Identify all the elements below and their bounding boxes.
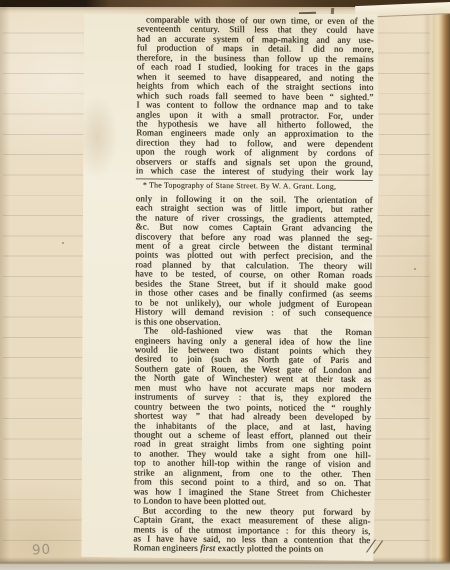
page-bottom-edge bbox=[0, 557, 450, 570]
page-right-edge bbox=[423, 0, 450, 570]
clipping-text-column: comparable with those of our own time, o… bbox=[133, 15, 374, 555]
footnote: * The Topography of Stane Street. By W. … bbox=[136, 178, 373, 192]
scrapbook-page: comparable with those of our own time, o… bbox=[0, 0, 450, 570]
cut-text-remnant bbox=[299, 12, 316, 15]
foxing-speck bbox=[62, 242, 64, 244]
page-left-edge bbox=[0, 0, 10, 570]
foxing-speck bbox=[414, 268, 416, 270]
text-line: in which case the interest of studying t… bbox=[136, 167, 373, 178]
clipping-text-block-bottom: only in following it on the soil. The or… bbox=[133, 194, 373, 555]
text-line: Roman engineers first exactly plotted th… bbox=[133, 544, 370, 555]
page-number: 90 bbox=[32, 542, 52, 559]
newspaper-clipping: comparable with those of our own time, o… bbox=[80, 12, 380, 561]
pencil-slash-marks: // bbox=[367, 536, 384, 558]
clipping-text-block-top: comparable with those of our own time, o… bbox=[136, 15, 374, 177]
cut-text-remnant bbox=[331, 8, 334, 14]
